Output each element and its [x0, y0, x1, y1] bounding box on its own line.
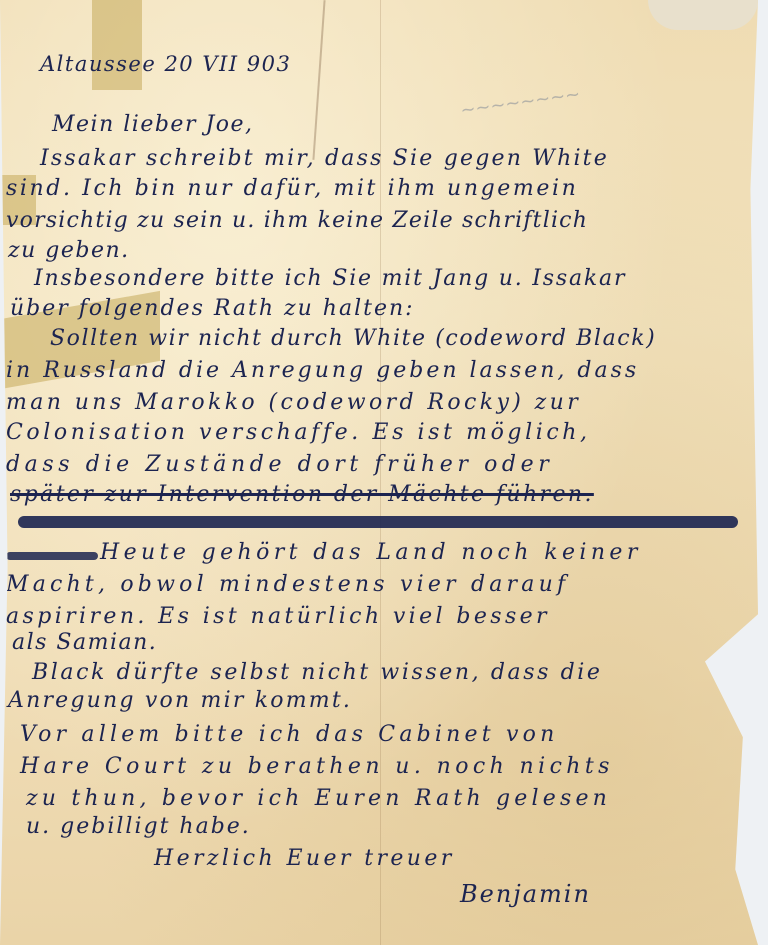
body-line: Insbesondere bitte ich Sie mit Jang u. I…	[34, 266, 626, 291]
signature: Benjamin	[460, 880, 591, 908]
paper-crack	[312, 0, 325, 160]
bleed-through-text: ~~~~~~~~	[459, 84, 581, 122]
small-strikethrough	[6, 552, 98, 560]
body-line: Black dürfte selbst nicht wissen, dass d…	[32, 660, 603, 685]
tape-strip	[92, 0, 142, 90]
body-line: dass die Zustände dort früher oder	[6, 452, 553, 477]
paper-stain	[648, 0, 758, 30]
body-line: vorsichtig zu sein u. ihm keine Zeile sc…	[6, 208, 588, 233]
body-line: Vor allem bitte ich das Cabinet von	[20, 722, 558, 747]
body-line: Issakar schreibt mir, dass Sie gegen Whi…	[40, 146, 609, 171]
body-line: über folgendes Rath zu halten:	[10, 296, 415, 321]
body-line: man uns Marokko (codeword Rocky) zur	[6, 390, 581, 415]
body-line: zu geben.	[8, 238, 130, 263]
body-line: u. gebilligt habe.	[26, 814, 251, 839]
body-line: Anregung von mir kommt.	[8, 688, 352, 713]
body-line: aspiriren. Es ist natürlich viel besser	[6, 604, 550, 629]
body-line: Colonisation verschaffe. Es ist möglich,	[6, 420, 591, 445]
body-line: sind. Ich bin nur dafür, mit ihm ungemei…	[6, 176, 578, 201]
body-line: Heute gehört das Land noch keiner	[100, 540, 642, 565]
body-line: zu thun, bevor ich Euren Rath gelesen	[26, 786, 611, 811]
closing: Herzlich Euer treuer	[154, 846, 455, 871]
letter-page: ~~~~~~~~ Altaussee 20 VII 903 Mein liebe…	[0, 0, 758, 945]
body-line: in Russland die Anregung geben lassen, d…	[6, 358, 639, 383]
body-line: Sollten wir nicht durch White (codeword …	[50, 326, 656, 351]
salutation: Mein lieber Joe,	[52, 112, 254, 137]
body-line: Macht, obwol mindestens vier darauf	[6, 572, 569, 597]
place-date: Altaussee 20 VII 903	[40, 52, 291, 76]
body-line: als Samian.	[12, 630, 157, 655]
body-line-struck: später zur Intervention der Mächte führe…	[10, 482, 594, 507]
heavy-strikethrough	[18, 516, 738, 528]
body-line: Hare Court zu berathen u. noch nichts	[20, 754, 614, 779]
